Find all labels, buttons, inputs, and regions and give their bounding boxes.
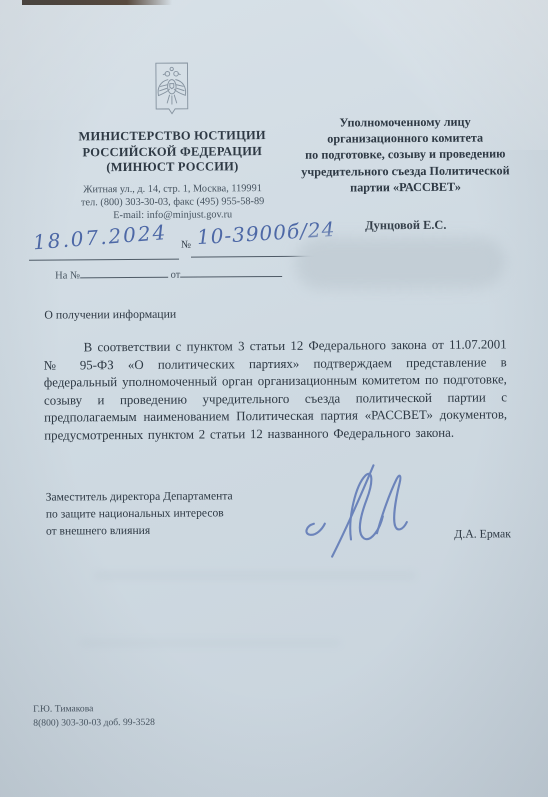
recipient-line: организационного комитета [276, 129, 534, 147]
letterhead-left: МИНИСТЕРСТВО ЮСТИЦИИ РОССИЙСКОЙ ФЕДЕРАЦИ… [26, 60, 319, 223]
body-paragraph: В соответствии с пунктом 3 статьи 12 Фед… [44, 336, 508, 445]
reference-prefix: На № [55, 270, 80, 281]
reference-line: На № от [55, 266, 282, 282]
subject-line: О получении информации [44, 307, 176, 323]
recipient-line: партии «РАССВЕТ» [276, 178, 534, 196]
executor-block: Г.Ю. Тимакова 8(800) 303-30-03 доб. 99-3… [33, 702, 155, 730]
coat-of-arms-icon [148, 61, 196, 121]
ministry-address: Житная ул., д. 14, стр. 1, Москва, 11999… [26, 181, 318, 222]
reference-date-blank [180, 266, 282, 278]
recipient-line: учредительного съезда Политической [276, 162, 534, 180]
executor-phone: 8(800) 303-30-03 доб. 99-3528 [33, 715, 155, 729]
executor-name: Г.Ю. Тимакова [33, 702, 155, 716]
redacted-area [295, 236, 505, 289]
recipient-line: Уполномоченному лицу [276, 113, 534, 131]
ministry-name-line: (МИНЮСТ РОССИИ) [26, 159, 318, 177]
signer-title-line: от внешнего влияния [46, 521, 286, 540]
recipient-name: Дунцовой Е.С. [277, 217, 535, 234]
signer-title-line: по защите национальных интересов [46, 504, 286, 523]
signer-name: Д.А. Ермак [397, 526, 511, 542]
reference-number-blank [80, 267, 168, 279]
signer-title: Заместитель директора Департамента по за… [46, 487, 286, 540]
recipient-block: Уполномоченному лицу организационного ко… [276, 113, 535, 234]
reference-ot: от [171, 270, 181, 281]
signer-title-line: Заместитель директора Департамента [46, 487, 286, 506]
recipient-line: по подготовке, созыву и проведению [276, 146, 534, 164]
letter: МИНИСТЕРСТВО ЮСТИЦИИ РОССИЙСКОЙ ФЕДЕРАЦИ… [0, 0, 548, 797]
document-photo: МИНИСТЕРСТВО ЮСТИЦИИ РОССИЙСКОЙ ФЕДЕРАЦИ… [0, 0, 548, 797]
date-underline [29, 259, 179, 261]
number-sign: № [181, 240, 191, 251]
signature-scribble [293, 459, 429, 565]
handwritten-date: 18.07.2024 [32, 220, 168, 254]
